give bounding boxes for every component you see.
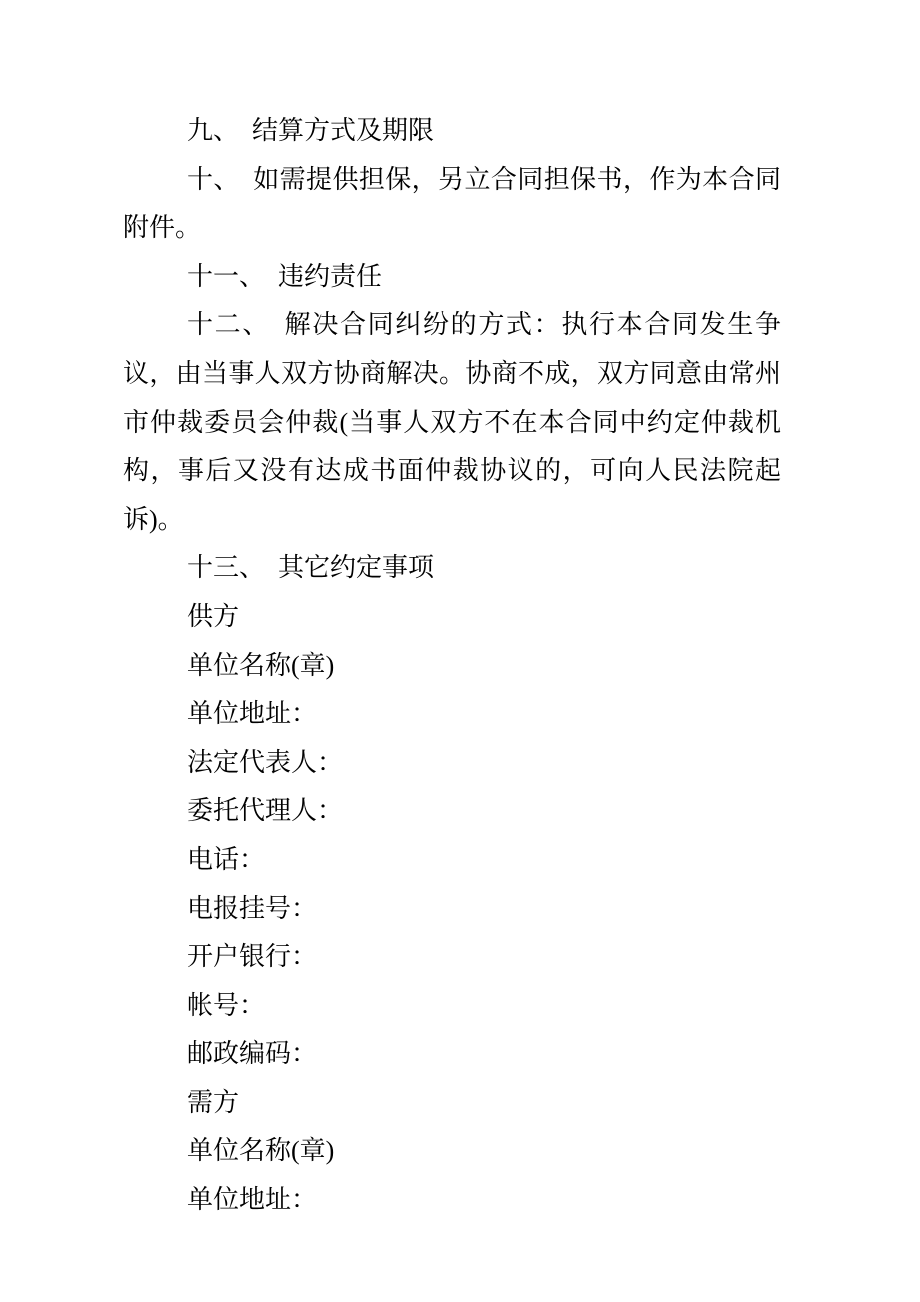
paragraph-14: 帐号： bbox=[123, 982, 781, 1031]
paragraph-18: 单位地址： bbox=[123, 1176, 781, 1225]
document-page: 九、 结算方式及期限十、 如需提供担保，另立合同担保书，作为本合同附件。十一、 … bbox=[0, 0, 920, 1302]
paragraph-8: 单位地址： bbox=[123, 690, 781, 739]
paragraph-11: 电话： bbox=[123, 836, 781, 885]
paragraph-12: 电报挂号： bbox=[123, 885, 781, 934]
paragraph-3: 十一、 违约责任 bbox=[123, 253, 781, 302]
paragraph-13: 开户银行： bbox=[123, 933, 781, 982]
paragraph-2: 十、 如需提供担保，另立合同担保书，作为本合同附件。 bbox=[123, 156, 781, 253]
paragraph-5: 十三、 其它约定事项 bbox=[123, 544, 781, 593]
paragraph-1: 九、 结算方式及期限 bbox=[123, 107, 781, 156]
paragraph-10: 委托代理人： bbox=[123, 787, 781, 836]
paragraph-6: 供方 bbox=[123, 593, 781, 642]
paragraph-16: 需方 bbox=[123, 1079, 781, 1128]
paragraph-17: 单位名称(章) bbox=[123, 1127, 781, 1176]
paragraph-15: 邮政编码： bbox=[123, 1030, 781, 1079]
document-body: 九、 结算方式及期限十、 如需提供担保，另立合同担保书，作为本合同附件。十一、 … bbox=[123, 107, 781, 1225]
paragraph-4: 十二、 解决合同纠纷的方式：执行本合同发生争议，由当事人双方协商解决。协商不成，… bbox=[123, 301, 781, 544]
paragraph-7: 单位名称(章) bbox=[123, 642, 781, 691]
paragraph-9: 法定代表人： bbox=[123, 739, 781, 788]
